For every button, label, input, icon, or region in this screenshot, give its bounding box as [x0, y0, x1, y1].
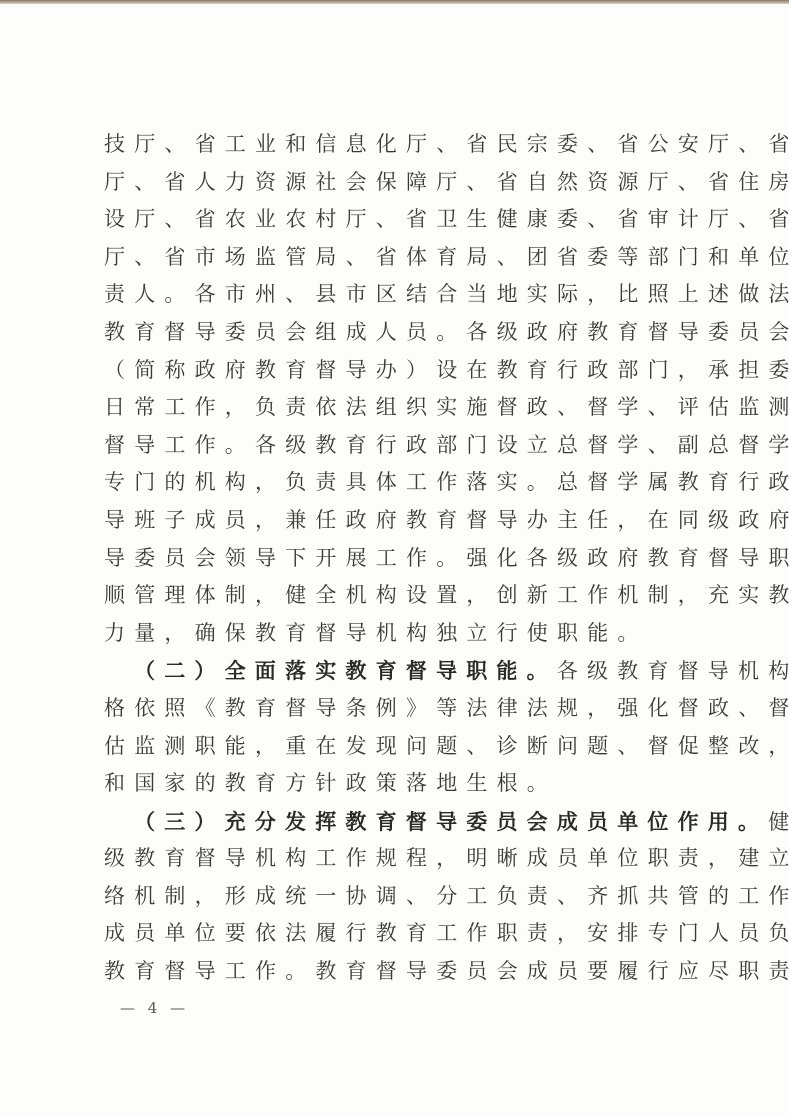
- text-line: 技厅、省工业和信息化厅、省民宗委、省公安厅、省财政: [104, 126, 704, 164]
- text-line: 格依照《教育督导条例》等法律法规，强化督政、督学、评: [104, 690, 704, 728]
- section-2-heading: （二）全面落实教育督导职能。: [134, 658, 557, 683]
- text-line: 教育督导工作。教育督导委员会成员要履行应尽职责，按照: [104, 953, 704, 991]
- text-line: 厅、省市场监管局、省体育局、团省委等部门和单位有关负: [104, 239, 704, 277]
- section-3-heading: （三）充分发挥教育督导委员会成员单位作用。: [134, 809, 768, 834]
- document-body: 技厅、省工业和信息化厅、省民宗委、省公安厅、省财政 厅、省人力资源社会保障厅、省…: [104, 126, 704, 991]
- text-line: 专门的机构，负责具体工作落实。总督学属教育行政部门领: [104, 464, 704, 502]
- page-number: — 4 —: [120, 999, 189, 1017]
- text-line: 厅、省人力资源社会保障厅、省自然资源厅、省住房城乡建: [104, 164, 704, 202]
- section-3: （三）充分发挥教育督导委员会成员单位作用。健全各 级教育督导机构工作规程，明晰成…: [104, 803, 704, 991]
- text-line: 日常工作，负责依法组织实施督政、督学、评估监测等教育: [104, 389, 704, 427]
- text-line: 估监测职能，重在发现问题、诊断问题、督促整改，确保党: [104, 728, 704, 766]
- section-3-text: 健全各: [768, 810, 789, 834]
- text-line: 成员单位要依法履行教育工作职责，安排专门人员负责联系: [104, 915, 704, 953]
- section-2-text: 各级教育督导机构要严: [557, 659, 789, 683]
- text-line: 和国家的教育方针政策落地生根。: [104, 765, 704, 803]
- text-line: 顺管理体制，健全机构设置，创新工作机制，充实教育督导: [104, 577, 704, 615]
- paragraph-1: 技厅、省工业和信息化厅、省民宗委、省公安厅、省财政 厅、省人力资源社会保障厅、省…: [104, 126, 704, 652]
- section-3-first-line: （三）充分发挥教育督导委员会成员单位作用。健全各: [104, 803, 704, 841]
- text-line: 络机制，形成统一协调、分工负责、齐抓共管的工作格局。: [104, 878, 704, 916]
- text-line: （简称政府教育督导办）设在教育行政部门，承担委员会的: [104, 352, 704, 390]
- text-line: 导委员会领导下开展工作。强化各级政府教育督导职能，理: [104, 540, 704, 578]
- text-line: 责人。各市州、县市区结合当地实际，比照上述做法，明确: [104, 276, 704, 314]
- section-2-first-line: （二）全面落实教育督导职能。各级教育督导机构要严: [104, 652, 704, 690]
- scan-top-edge: [0, 0, 789, 4]
- text-line: 级教育督导机构工作规程，明晰成员单位职责，建立沟通联: [104, 840, 704, 878]
- section-2: （二）全面落实教育督导职能。各级教育督导机构要严 格依照《教育督导条例》等法律法…: [104, 652, 704, 802]
- text-line: 力量，确保教育督导机构独立行使职能。: [104, 615, 704, 653]
- text-line: 教育督导委员会组成人员。各级政府教育督导委员会办公室: [104, 314, 704, 352]
- text-line: 督导工作。各级教育行政部门设立总督学、副总督学，明确: [104, 427, 704, 465]
- text-line: 导班子成员，兼任政府教育督导办主任，在同级政府教育督: [104, 502, 704, 540]
- text-line: 设厅、省农业农村厅、省卫生健康委、省审计厅、省应急: [104, 201, 704, 239]
